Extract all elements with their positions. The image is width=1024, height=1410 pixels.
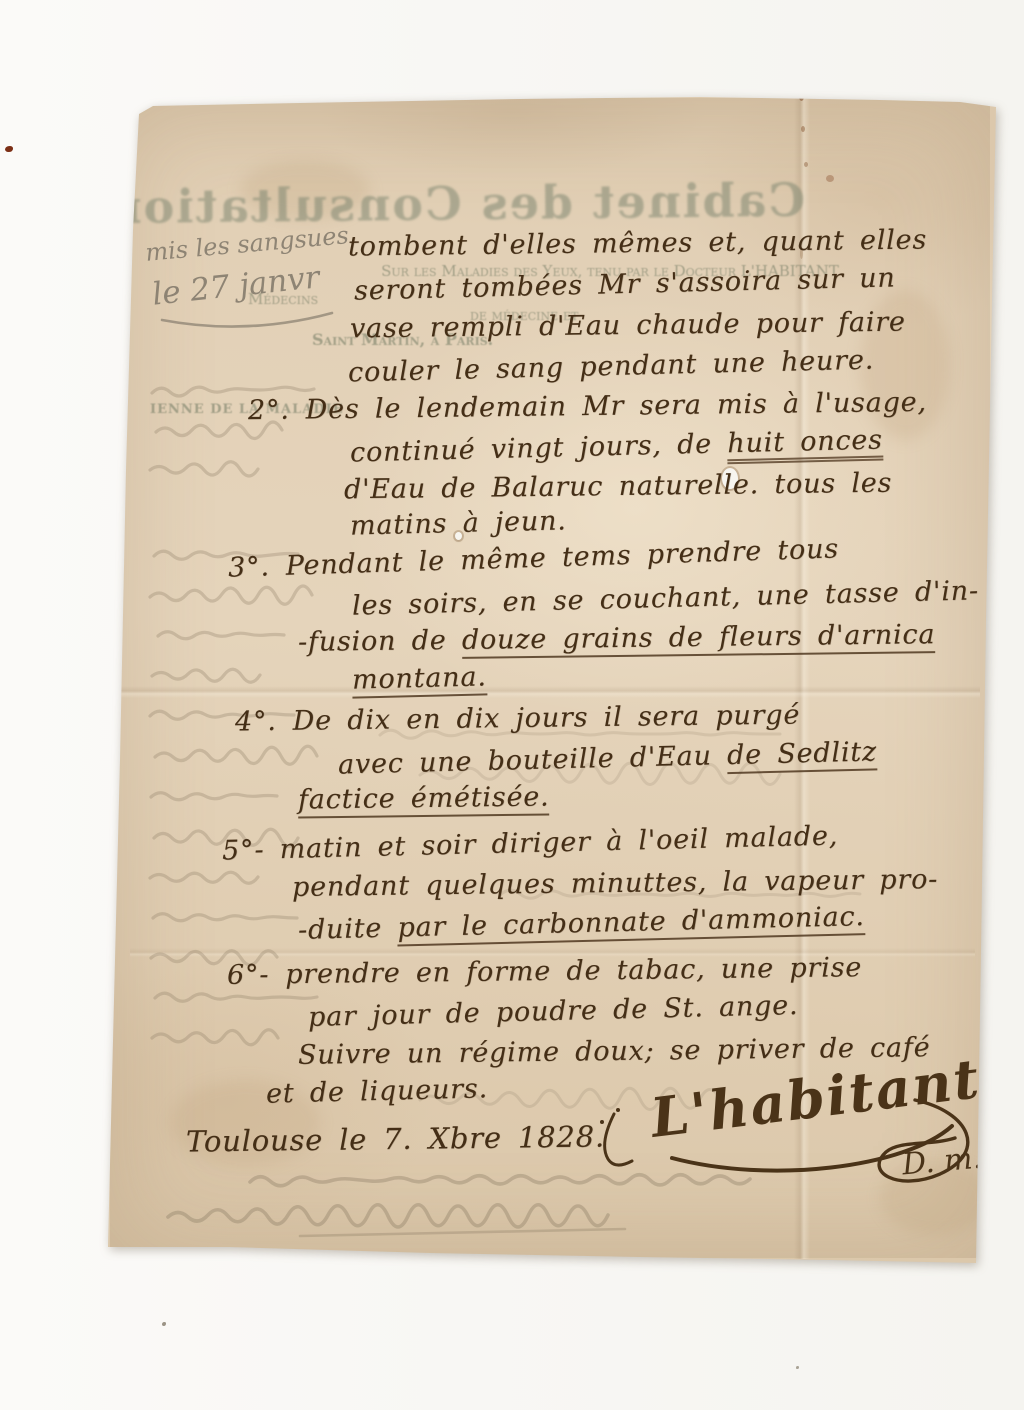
manuscript-line: 3°.Pendant le même tems prendre tous [228, 533, 840, 583]
manuscript-line: -duite par le carbonnate d'ammoniac. [298, 901, 865, 946]
dateline: Toulouse le 7. Xbre 1828. [186, 1119, 605, 1158]
manuscript-line: -fusion de douze grains de fleurs d'arni… [298, 619, 936, 658]
manuscript-line: les soirs, en se couchant, une tasse d'i… [352, 575, 979, 621]
ink-stain [826, 175, 834, 182]
paper-wrapper: Cabinet des Consultations Sur les Maladi… [0, 0, 1024, 1410]
letterhead-title-mirrored: Cabinet des Consultations [205, 173, 806, 233]
manuscript-line: vase rempli d'Eau chaude pour faire [350, 307, 906, 345]
manuscript-line: 2°.Dès le lendemain Mr sera mis à l'usag… [248, 387, 927, 426]
manuscript-line: par jour de poudre de St. ange. [308, 990, 799, 1033]
horizontal-fold-crease [118, 686, 980, 698]
manuscript-line: continué vingt jours, de huit onces [350, 424, 883, 468]
manuscript-line: 5°- matin et soir diriger à l'oeil malad… [222, 820, 839, 866]
manuscript-line: d'Eau de Balaruc naturelle. tous les [344, 468, 893, 506]
manuscript-line: montana. [352, 661, 487, 695]
manuscript-line: tombent d'elles mêmes et, quant elles [348, 224, 927, 262]
signature-initials: D. m. [901, 1141, 984, 1183]
scan-stage: Cabinet des Consultations Sur les Maladi… [0, 0, 1024, 1410]
manuscript-line: matins à jeun. [350, 505, 567, 541]
manuscript-line: et de liqueurs. [266, 1073, 489, 1109]
manuscript-line: 4°.De dix en dix jours il sera purgé [235, 700, 801, 738]
manuscript-line: 6°-prendre en forme de tabac, une prise [227, 952, 862, 991]
document-paper: Cabinet des Consultations Sur les Maladi… [0, 0, 1024, 1410]
ink-stain [804, 162, 808, 167]
ink-stain [801, 126, 805, 132]
manuscript-line: factice émétisée. [298, 781, 550, 815]
ink-stain [799, 92, 804, 101]
manuscript-line: pendant quelques minuttes, la vapeur pro… [292, 864, 938, 903]
